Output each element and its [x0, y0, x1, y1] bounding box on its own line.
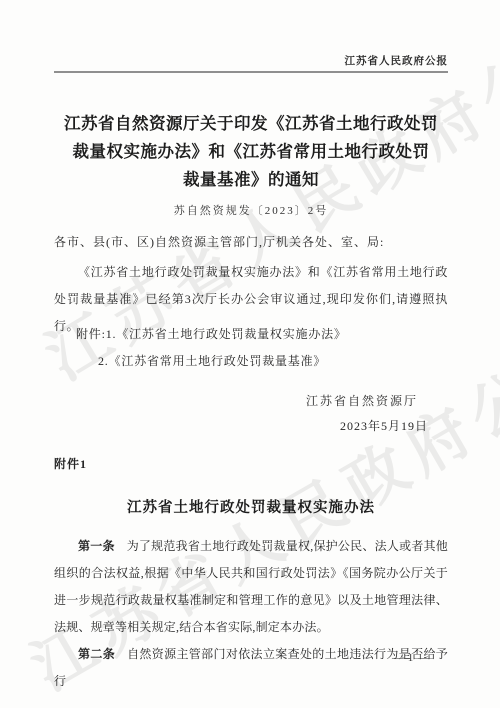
issue-date: 2023年5月19日	[54, 417, 448, 434]
notice-title-line-1: 江苏省自然资源厅关于印发《江苏省土地行政处罚	[54, 110, 448, 138]
notice-title-line-2: 裁量权实施办法》和《江苏省常用土地行政处罚	[54, 138, 448, 166]
notice-title-line-3: 裁量基准》的通知	[54, 166, 448, 194]
document-number: 苏自然资规发〔2023〕2号	[54, 202, 448, 218]
article-1: 第一条为了规范我省土地行政处罚裁量权,保护公民、法人或者其他组织的合法权益,根据…	[54, 533, 448, 641]
salutation: 各市、县(市、区)自然资源主管部门,厅机关各处、室、局:	[54, 233, 448, 250]
attachment1-label: 附件1	[54, 455, 87, 472]
article-2: 第二条自然资源主管部门对依法立案查处的土地违法行为是否给予行	[54, 641, 448, 695]
attachment-list-item-1: 附件:1.《江苏省土地行政处罚裁量权实施办法》	[76, 325, 347, 342]
gazette-page: 江苏省人民政府公报 江苏省人民政府公报 江苏省人民政府公报 江苏省自然资源厅关于…	[0, 0, 500, 708]
article-2-number: 第二条	[78, 647, 115, 661]
attachment-list-item-2: 2.《江苏省常用土地行政处罚裁量基准》	[98, 352, 326, 369]
issuer-signature: 江苏省自然资源厅	[54, 392, 448, 409]
attachment1-articles: 第一条为了规范我省土地行政处罚裁量权,保护公民、法人或者其他组织的合法权益,根据…	[54, 533, 448, 695]
header-rule	[54, 71, 448, 73]
article-1-number: 第一条	[78, 539, 115, 553]
attachment1-title: 江苏省土地行政处罚裁量权实施办法	[54, 496, 448, 517]
gazette-header: 江苏省人民政府公报	[345, 53, 449, 68]
article-1-text: 为了规范我省土地行政处罚裁量权,保护公民、法人或者其他组织的合法权益,根据《中华…	[54, 539, 448, 634]
page-number: — 1 —	[392, 652, 430, 664]
notice-title: 江苏省自然资源厅关于印发《江苏省土地行政处罚 裁量权实施办法》和《江苏省常用土地…	[54, 110, 448, 194]
